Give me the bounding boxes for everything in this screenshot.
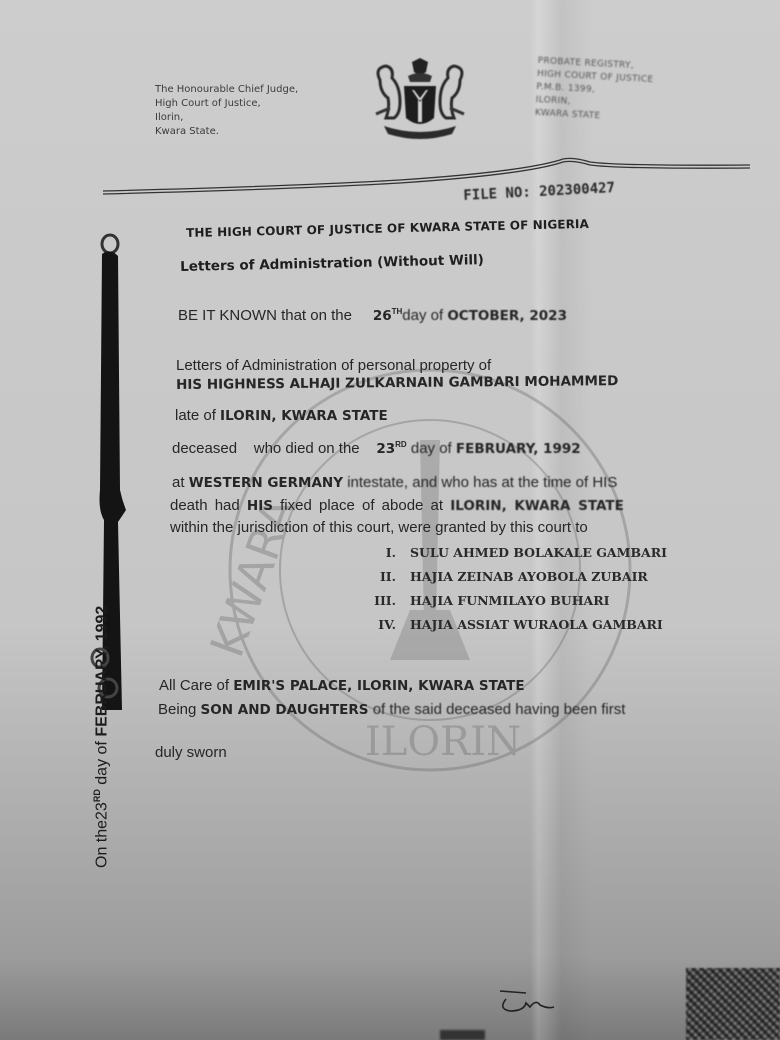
deceased-name-line: HIS HIGHNESS ALHAJI ZULKARNAIN GAMBARI M… xyxy=(176,372,618,393)
being-label: Being xyxy=(158,701,196,718)
heir-numeral: I. xyxy=(340,545,410,560)
svg-text:KWARA: KWARA xyxy=(200,490,307,664)
side-note-month-year: FEBRUARY, 1992 xyxy=(93,606,110,737)
addressee-line: High Court of Justice, xyxy=(155,97,298,111)
side-date-note: On the23RD day of FEBRUARY, 1992 xyxy=(92,606,111,868)
letters-of-line: Letters of Administration of personal pr… xyxy=(176,357,491,374)
side-note-day-of: day of xyxy=(93,741,110,785)
grant-intro: BE IT KNOWN that on the xyxy=(178,307,352,324)
death-had-label: death had xyxy=(170,497,240,514)
abode-line: death had HIS fixed place of abode at IL… xyxy=(170,497,624,514)
svg-text:ILORIN: ILORIN xyxy=(365,719,521,765)
death-date-line: deceased who died on the 23RD day of FEB… xyxy=(172,440,581,457)
qr-code-fragment xyxy=(686,968,780,1040)
abode-text: fixed place of abode at xyxy=(280,497,443,514)
side-note-prefix: On the xyxy=(93,820,110,868)
care-of-address: EMIR'S PALACE, ILORIN, KWARA STATE xyxy=(233,678,524,694)
addressee-line: The Honourable Chief Judge, xyxy=(155,83,298,97)
death-place: WESTERN GERMANY xyxy=(189,475,343,491)
coat-of-arms-icon xyxy=(360,58,480,144)
intestate-text: intestate, and who has at the time of HI… xyxy=(347,474,617,491)
duly-sworn-line: duly sworn xyxy=(155,744,227,761)
document-page: The Honourable Chief Judge, High Court o… xyxy=(0,0,780,1040)
abode-place: ILORIN, KWARA STATE xyxy=(450,498,624,514)
heir-numeral: IV. xyxy=(340,617,410,632)
heirs-list: I. SULU AHMED BOLAKALE GAMBARI II. HAJIA… xyxy=(340,540,667,636)
addressee-line: Kwara State. xyxy=(155,125,298,139)
heir-item: IV. HAJIA ASSIAT WURAOLA GAMBARI xyxy=(340,612,667,636)
addressee-line: Ilorin, xyxy=(155,111,298,125)
grant-day: 26 xyxy=(373,308,392,324)
care-of-label: All Care of xyxy=(159,677,229,694)
heir-item: III. HAJIA FUNMILAYO BUHARI xyxy=(340,588,667,612)
died-on-label: who died on the xyxy=(254,440,360,457)
side-note-day-suffix: RD xyxy=(92,789,102,802)
heir-name: HAJIA ASSIAT WURAOLA GAMBARI xyxy=(410,617,663,632)
side-note-day: 23 xyxy=(93,802,110,820)
death-month-year: FEBRUARY, 1992 xyxy=(456,441,581,457)
heir-numeral: II. xyxy=(340,569,410,584)
grant-month-year: OCTOBER, 2023 xyxy=(447,308,567,324)
grant-day-suffix: TH xyxy=(392,307,403,316)
stamp-fragment xyxy=(440,1030,485,1040)
heir-name: SULU AHMED BOLAKALE GAMBARI xyxy=(410,545,667,560)
relation: SON AND DAUGHTERS xyxy=(201,702,369,718)
deceased-label: deceased xyxy=(172,440,237,457)
heir-item: I. SULU AHMED BOLAKALE GAMBARI xyxy=(340,540,667,564)
relation-line: Being SON AND DAUGHTERS of the said dece… xyxy=(158,701,625,718)
death-day: 23 xyxy=(376,441,395,457)
heir-numeral: III. xyxy=(340,593,410,608)
header-divider xyxy=(100,150,750,200)
heir-name: HAJIA FUNMILAYO BUHARI xyxy=(410,593,609,608)
jurisdiction-line: within the jurisdiction of this court, w… xyxy=(170,519,588,536)
heir-name: HAJIA ZEINAB AYOBOLA ZUBAIR xyxy=(410,569,648,584)
heir-item: II. HAJIA ZEINAB AYOBOLA ZUBAIR xyxy=(340,564,667,588)
late-of-line: late of ILORIN, KWARA STATE xyxy=(175,407,388,424)
late-of-label: late of xyxy=(175,407,216,424)
file-number-label: FILE NO: xyxy=(463,184,531,204)
relation-tail: of the said deceased having been first xyxy=(373,701,626,718)
death-place-line: at WESTERN GERMANY intestate, and who ha… xyxy=(172,474,617,491)
care-of-line: All Care of EMIR'S PALACE, ILORIN, KWARA… xyxy=(159,677,525,694)
death-day-of: day of xyxy=(411,440,452,457)
court-title: THE HIGH COURT OF JUSTICE OF KWARA STATE… xyxy=(186,217,589,240)
registry-block: PROBATE REGISTRY, HIGH COURT OF JUSTICE … xyxy=(535,55,655,126)
addressee-block: The Honourable Chief Judge, High Court o… xyxy=(155,83,298,139)
at-label: at xyxy=(172,474,185,491)
grant-day-of: day of xyxy=(402,307,443,324)
late-of-place: ILORIN, KWARA STATE xyxy=(220,408,388,424)
death-day-suffix: RD xyxy=(395,440,407,449)
document-title: Letters of Administration (Without Will) xyxy=(180,252,484,275)
his-label: HIS xyxy=(247,498,273,514)
signature-mark xyxy=(490,985,570,1020)
deceased-name: HIS HIGHNESS ALHAJI ZULKARNAIN GAMBARI M… xyxy=(176,373,618,393)
grant-date-line: BE IT KNOWN that on the 26THday of OCTOB… xyxy=(178,307,567,324)
